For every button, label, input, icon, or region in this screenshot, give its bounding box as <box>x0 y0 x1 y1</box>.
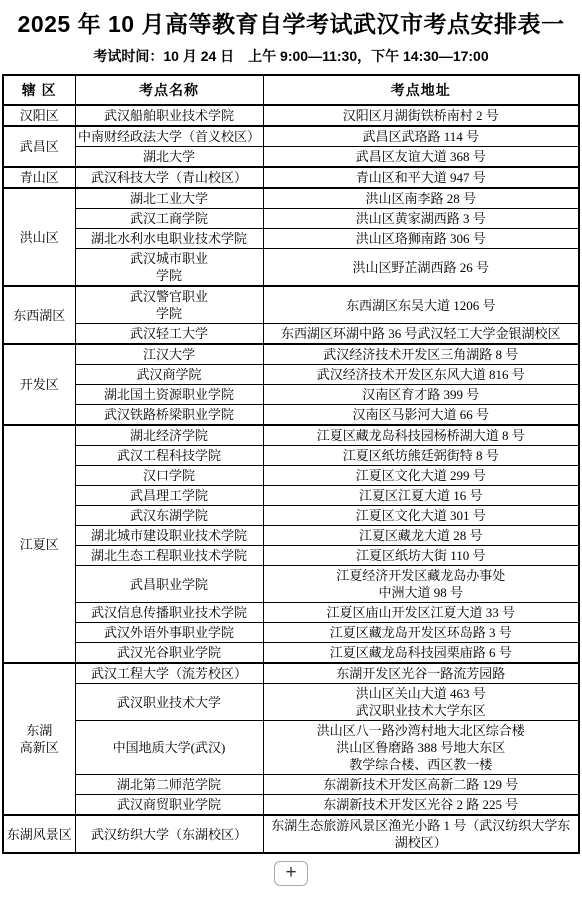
address-cell: 江夏区藏龙岛科技园栗庙路 6 号 <box>263 643 579 664</box>
table-row: 武汉工商学院洪山区黄家湖西路 3 号 <box>3 209 579 229</box>
table-row: 湖北生态工程职业技术学院江夏区纸坊大街 110 号 <box>3 546 579 566</box>
address-cell: 汉南区马影河大道 66 号 <box>263 405 579 426</box>
table-row: 武汉城市职业 学院洪山区野芷湖西路 26 号 <box>3 249 579 287</box>
address-cell: 东西湖区东吴大道 1206 号 <box>263 286 579 324</box>
school-cell: 武汉纺织大学（东湖校区） <box>75 815 263 853</box>
address-cell: 汉阳区月湖街铁桥南村 2 号 <box>263 105 579 126</box>
school-cell: 武昌理工学院 <box>75 486 263 506</box>
school-cell: 武汉外语外事职业学院 <box>75 623 263 643</box>
page-title: 2025 年 10 月高等教育自学考试武汉市考点安排表一 <box>2 6 580 39</box>
table-row: 湖北大学武昌区友谊大道 368 号 <box>3 147 579 168</box>
school-cell: 湖北水利水电职业技术学院 <box>75 229 263 249</box>
district-cell: 东湖 高新区 <box>3 663 75 815</box>
school-cell: 武汉城市职业 学院 <box>75 249 263 287</box>
address-cell: 江夏区藏龙岛科技园杨桥湖大道 8 号 <box>263 425 579 446</box>
address-cell: 江夏区藏龙大道 28 号 <box>263 526 579 546</box>
school-cell: 湖北生态工程职业技术学院 <box>75 546 263 566</box>
address-cell: 洪山区黄家湖西路 3 号 <box>263 209 579 229</box>
school-cell: 武汉工程科技学院 <box>75 446 263 466</box>
address-cell: 东湖新技术开发区光谷 2 路 225 号 <box>263 795 579 816</box>
table-row: 武汉职业技术大学洪山区关山大道 463 号 武汉职业技术大学东区 <box>3 684 579 721</box>
table-row: 武汉商学院武汉经济技术开发区东风大道 816 号 <box>3 365 579 385</box>
table-row: 武汉铁路桥梁职业学院汉南区马影河大道 66 号 <box>3 405 579 426</box>
school-cell: 湖北工业大学 <box>75 188 263 209</box>
header-site-address: 考点地址 <box>263 75 579 105</box>
table-row: 汉阳区武汉船舶职业技术学院汉阳区月湖街铁桥南村 2 号 <box>3 105 579 126</box>
district-cell: 洪山区 <box>3 188 75 286</box>
address-cell: 东西湖区环湖中路 36 号武汉轻工大学金银湖校区 <box>263 324 579 345</box>
table-row: 洪山区湖北工业大学洪山区南李路 28 号 <box>3 188 579 209</box>
district-cell: 东湖风景区 <box>3 815 75 853</box>
address-cell: 洪山区珞狮南路 306 号 <box>263 229 579 249</box>
school-cell: 中南财经政法大学（首义校区） <box>75 126 263 147</box>
footer-bar: + <box>0 861 582 886</box>
address-cell: 青山区和平大道 947 号 <box>263 167 579 188</box>
table-row: 武汉轻工大学东西湖区环湖中路 36 号武汉轻工大学金银湖校区 <box>3 324 579 345</box>
address-cell: 江夏经济开发区藏龙岛办事处 中洲大道 98 号 <box>263 566 579 603</box>
table-row: 东西湖区武汉警官职业 学院东西湖区东吴大道 1206 号 <box>3 286 579 324</box>
table-row: 武昌理工学院江夏区江夏大道 16 号 <box>3 486 579 506</box>
plus-icon: + <box>285 862 296 883</box>
address-cell: 武汉经济技术开发区东风大道 816 号 <box>263 365 579 385</box>
address-cell: 汉南区育才路 399 号 <box>263 385 579 405</box>
table-row: 武汉信息传播职业技术学院江夏区庙山开发区江夏大道 33 号 <box>3 603 579 623</box>
address-cell: 江夏区纸坊大街 110 号 <box>263 546 579 566</box>
address-cell: 江夏区文化大道 299 号 <box>263 466 579 486</box>
address-cell: 武昌区武珞路 114 号 <box>263 126 579 147</box>
address-cell: 江夏区藏龙岛开发区环岛路 3 号 <box>263 623 579 643</box>
school-cell: 中国地质大学(武汉) <box>75 721 263 775</box>
district-cell: 武昌区 <box>3 126 75 167</box>
district-cell: 开发区 <box>3 344 75 425</box>
district-cell: 汉阳区 <box>3 105 75 126</box>
page: 2025 年 10 月高等教育自学考试武汉市考点安排表一 考试时间：10 月 2… <box>0 0 582 920</box>
table-header-row: 辖 区 考点名称 考点地址 <box>3 75 579 105</box>
school-cell: 武汉轻工大学 <box>75 324 263 345</box>
address-cell: 江夏区文化大道 301 号 <box>263 506 579 526</box>
exam-sites-table: 辖 区 考点名称 考点地址 汉阳区武汉船舶职业技术学院汉阳区月湖街铁桥南村 2 … <box>2 74 580 854</box>
school-cell: 武汉科技大学（青山校区） <box>75 167 263 188</box>
school-cell: 武昌职业学院 <box>75 566 263 603</box>
table-row: 东湖 高新区武汉工程大学（流芳校区）东湖开发区光谷一路流芳园路 <box>3 663 579 684</box>
table-row: 武汉商贸职业学院东湖新技术开发区光谷 2 路 225 号 <box>3 795 579 816</box>
table-row: 江夏区湖北经济学院江夏区藏龙岛科技园杨桥湖大道 8 号 <box>3 425 579 446</box>
address-cell: 洪山区南李路 28 号 <box>263 188 579 209</box>
table-row: 武昌区中南财经政法大学（首义校区）武昌区武珞路 114 号 <box>3 126 579 147</box>
add-row-button[interactable]: + <box>274 861 308 886</box>
school-cell: 湖北第二师范学院 <box>75 775 263 795</box>
school-cell: 江汉大学 <box>75 344 263 365</box>
table-row: 开发区江汉大学武汉经济技术开发区三角湖路 8 号 <box>3 344 579 365</box>
district-cell: 青山区 <box>3 167 75 188</box>
address-cell: 洪山区野芷湖西路 26 号 <box>263 249 579 287</box>
table-row: 武汉外语外事职业学院江夏区藏龙岛开发区环岛路 3 号 <box>3 623 579 643</box>
school-cell: 武汉光谷职业学院 <box>75 643 263 664</box>
address-cell: 江夏区江夏大道 16 号 <box>263 486 579 506</box>
school-cell: 武汉船舶职业技术学院 <box>75 105 263 126</box>
school-cell: 湖北经济学院 <box>75 425 263 446</box>
school-cell: 武汉工程大学（流芳校区） <box>75 663 263 684</box>
table-row: 湖北第二师范学院东湖新技术开发区高新二路 129 号 <box>3 775 579 795</box>
address-cell: 江夏区庙山开发区江夏大道 33 号 <box>263 603 579 623</box>
address-cell: 江夏区纸坊熊廷弼街特 8 号 <box>263 446 579 466</box>
district-cell: 东西湖区 <box>3 286 75 344</box>
table-row: 武汉工程科技学院江夏区纸坊熊廷弼街特 8 号 <box>3 446 579 466</box>
table-row: 武汉光谷职业学院江夏区藏龙岛科技园栗庙路 6 号 <box>3 643 579 664</box>
school-cell: 湖北城市建设职业技术学院 <box>75 526 263 546</box>
school-cell: 武汉东湖学院 <box>75 506 263 526</box>
school-cell: 汉口学院 <box>75 466 263 486</box>
table-row: 湖北国土资源职业学院汉南区育才路 399 号 <box>3 385 579 405</box>
school-cell: 武汉商贸职业学院 <box>75 795 263 816</box>
school-cell: 武汉商学院 <box>75 365 263 385</box>
address-cell: 武昌区友谊大道 368 号 <box>263 147 579 168</box>
address-cell: 武汉经济技术开发区三角湖路 8 号 <box>263 344 579 365</box>
school-cell: 武汉警官职业 学院 <box>75 286 263 324</box>
table-row: 中国地质大学(武汉)洪山区八一路沙湾村地大北区综合楼 洪山区鲁磨路 388 号地… <box>3 721 579 775</box>
school-cell: 武汉信息传播职业技术学院 <box>75 603 263 623</box>
district-cell: 江夏区 <box>3 425 75 663</box>
table-row: 青山区武汉科技大学（青山校区）青山区和平大道 947 号 <box>3 167 579 188</box>
school-cell: 湖北大学 <box>75 147 263 168</box>
address-cell: 东湖新技术开发区高新二路 129 号 <box>263 775 579 795</box>
header-district: 辖 区 <box>3 75 75 105</box>
table-row: 汉口学院江夏区文化大道 299 号 <box>3 466 579 486</box>
address-cell: 东湖生态旅游风景区渔光小路 1 号（武汉纺织大学东湖校区） <box>263 815 579 853</box>
table-row: 湖北水利水电职业技术学院洪山区珞狮南路 306 号 <box>3 229 579 249</box>
table-row: 武汉东湖学院江夏区文化大道 301 号 <box>3 506 579 526</box>
table-row: 武昌职业学院江夏经济开发区藏龙岛办事处 中洲大道 98 号 <box>3 566 579 603</box>
table-row: 东湖风景区武汉纺织大学（东湖校区）东湖生态旅游风景区渔光小路 1 号（武汉纺织大… <box>3 815 579 853</box>
header-site-name: 考点名称 <box>75 75 263 105</box>
exam-time-line: 考试时间：10 月 24 日 上午 9:00—11:30，下午 14:30—17… <box>0 46 582 66</box>
address-cell: 洪山区八一路沙湾村地大北区综合楼 洪山区鲁磨路 388 号地大东区 教学综合楼、… <box>263 721 579 775</box>
school-cell: 武汉铁路桥梁职业学院 <box>75 405 263 426</box>
school-cell: 武汉职业技术大学 <box>75 684 263 721</box>
address-cell: 洪山区关山大道 463 号 武汉职业技术大学东区 <box>263 684 579 721</box>
table-row: 湖北城市建设职业技术学院江夏区藏龙大道 28 号 <box>3 526 579 546</box>
school-cell: 湖北国土资源职业学院 <box>75 385 263 405</box>
address-cell: 东湖开发区光谷一路流芳园路 <box>263 663 579 684</box>
school-cell: 武汉工商学院 <box>75 209 263 229</box>
